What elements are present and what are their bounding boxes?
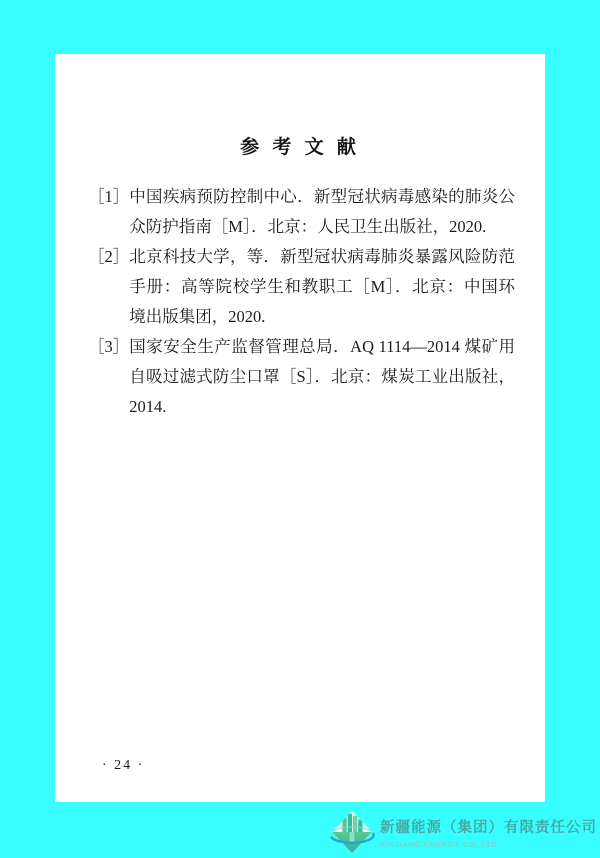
company-name-en: XINJIANG ENERGY CO.,LTD — [380, 840, 597, 849]
reference-number: ［3］ — [88, 332, 129, 422]
page-title: 参 考 文 献 — [55, 132, 545, 159]
reference-text: 国家安全生产监督管理总局．AQ 1114—2014 煤矿用自吸过滤式防尘口罩［S… — [129, 332, 515, 422]
company-logo-icon — [329, 809, 375, 855]
reference-item: ［3］ 国家安全生产监督管理总局．AQ 1114—2014 煤矿用自吸过滤式防尘… — [88, 332, 515, 422]
company-name-cn: 新疆能源（集团）有限责任公司 — [380, 816, 597, 837]
publisher-watermark: 新疆能源（集团）有限责任公司 XINJIANG ENERGY CO.,LTD — [329, 809, 597, 855]
company-name-block: 新疆能源（集团）有限责任公司 XINJIANG ENERGY CO.,LTD — [380, 816, 597, 849]
reference-item: ［2］ 北京科技大学，等．新型冠状病毒肺炎暴露风险防范手册：高等院校学生和教职工… — [88, 242, 515, 332]
references-list: ［1］ 中国疾病预防控制中心．新型冠状病毒感染的肺炎公众防护指南［M］．北京：人… — [88, 182, 515, 422]
reference-item: ［1］ 中国疾病预防控制中心．新型冠状病毒感染的肺炎公众防护指南［M］．北京：人… — [88, 182, 515, 242]
book-page: 参 考 文 献 ［1］ 中国疾病预防控制中心．新型冠状病毒感染的肺炎公众防护指南… — [55, 54, 545, 802]
reference-text: 北京科技大学，等．新型冠状病毒肺炎暴露风险防范手册：高等院校学生和教职工［M］．… — [129, 242, 515, 332]
reference-number: ［1］ — [88, 182, 129, 242]
reference-number: ［2］ — [88, 242, 129, 332]
page-number: · 24 · — [102, 758, 144, 774]
reference-text: 中国疾病预防控制中心．新型冠状病毒感染的肺炎公众防护指南［M］．北京：人民卫生出… — [129, 182, 515, 242]
